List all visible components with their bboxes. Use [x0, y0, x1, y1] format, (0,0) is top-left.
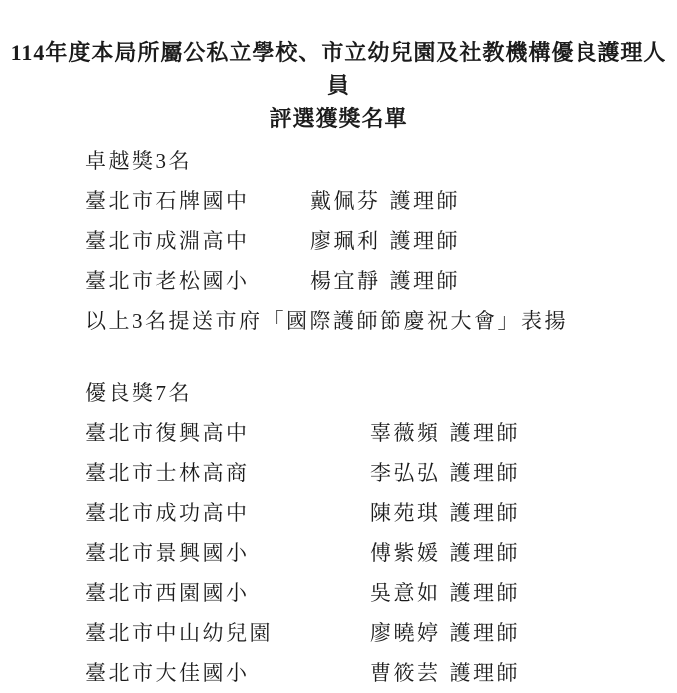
section-header: 卓越獎3名: [85, 141, 657, 181]
school-name: 臺北市中山幼兒園: [85, 613, 370, 653]
school-name: 臺北市石牌國中: [85, 181, 310, 221]
award-row: 臺北市景興國小傅紫媛護理師: [85, 533, 657, 573]
award-row: 臺北市石牌國中戴佩芬護理師: [85, 181, 657, 221]
awardee-role: 護理師: [450, 501, 521, 525]
award-row: 臺北市西園國小吳意如護理師: [85, 573, 657, 613]
awardee-name: 吳意如: [370, 581, 441, 605]
awardee: 曹筱芸護理師: [370, 661, 520, 685]
awardee-role: 護理師: [390, 229, 461, 253]
awardee-name: 戴佩芬: [310, 189, 381, 213]
school-name: 臺北市士林高商: [85, 453, 370, 493]
awardee-name: 曹筱芸: [370, 661, 441, 685]
awardee: 廖珮利護理師: [310, 229, 460, 253]
school-name: 臺北市復興高中: [85, 413, 370, 453]
award-row: 臺北市大佳國小曹筱芸護理師: [85, 653, 657, 693]
awardee-name: 辜薇頻: [370, 421, 441, 445]
school-name: 臺北市大佳國小: [85, 653, 370, 693]
school-name: 臺北市老松國小: [85, 261, 310, 301]
awardee-name: 陳苑琪: [370, 501, 441, 525]
school-name: 臺北市景興國小: [85, 533, 370, 573]
awardee: 吳意如護理師: [370, 581, 520, 605]
awardee-role: 護理師: [390, 269, 461, 293]
awardee: 廖曉婷護理師: [370, 621, 520, 645]
awardee-role: 護理師: [450, 661, 521, 685]
awardee-name: 廖珮利: [310, 229, 381, 253]
award-row: 臺北市老松國小楊宜靜護理師: [85, 261, 657, 301]
award-row: 臺北市成淵高中廖珮利護理師: [85, 221, 657, 261]
awardee-name: 李弘弘: [370, 461, 441, 485]
school-name: 臺北市西園國小: [85, 573, 370, 613]
awardee-role: 護理師: [450, 581, 521, 605]
page-title: 114年度本局所屬公私立學校、市立幼兒園及社教機構優良護理人員 評選獲獎名單: [10, 36, 667, 135]
award-section-excellence: 卓越獎3名 臺北市石牌國中戴佩芬護理師 臺北市成淵高中廖珮利護理師 臺北市老松國…: [85, 141, 657, 341]
awardee-role: 護理師: [450, 461, 521, 485]
awardee-role: 護理師: [450, 621, 521, 645]
awardee: 傅紫媛護理師: [370, 541, 520, 565]
title-line-2: 評選獲獎名單: [10, 102, 667, 135]
section-header: 優良獎7名: [85, 373, 657, 413]
awardee: 陳苑琪護理師: [370, 501, 520, 525]
section-divider-space: [85, 341, 657, 373]
awardee-name: 廖曉婷: [370, 621, 441, 645]
award-list: 卓越獎3名 臺北市石牌國中戴佩芬護理師 臺北市成淵高中廖珮利護理師 臺北市老松國…: [85, 141, 657, 693]
awardee-role: 護理師: [450, 541, 521, 565]
award-row: 臺北市復興高中辜薇頻護理師: [85, 413, 657, 453]
award-row: 臺北市成功高中陳苑琪護理師: [85, 493, 657, 533]
awardee: 李弘弘護理師: [370, 461, 520, 485]
school-name: 臺北市成淵高中: [85, 221, 310, 261]
awardee: 辜薇頻護理師: [370, 421, 520, 445]
section-footnote: 以上3名提送市府「國際護師節慶祝大會」表揚: [85, 301, 657, 341]
awardee-role: 護理師: [450, 421, 521, 445]
award-row: 臺北市士林高商李弘弘護理師: [85, 453, 657, 493]
awardee-name: 傅紫媛: [370, 541, 441, 565]
awardee: 楊宜靜護理師: [310, 269, 460, 293]
awardee: 戴佩芬護理師: [310, 189, 460, 213]
award-section-merit: 優良獎7名 臺北市復興高中辜薇頻護理師 臺北市士林高商李弘弘護理師 臺北市成功高…: [85, 373, 657, 693]
awardee-name: 楊宜靜: [310, 269, 381, 293]
award-row: 臺北市中山幼兒園廖曉婷護理師: [85, 613, 657, 653]
school-name: 臺北市成功高中: [85, 493, 370, 533]
title-line-1: 114年度本局所屬公私立學校、市立幼兒園及社教機構優良護理人員: [10, 36, 667, 102]
awardee-role: 護理師: [390, 189, 461, 213]
